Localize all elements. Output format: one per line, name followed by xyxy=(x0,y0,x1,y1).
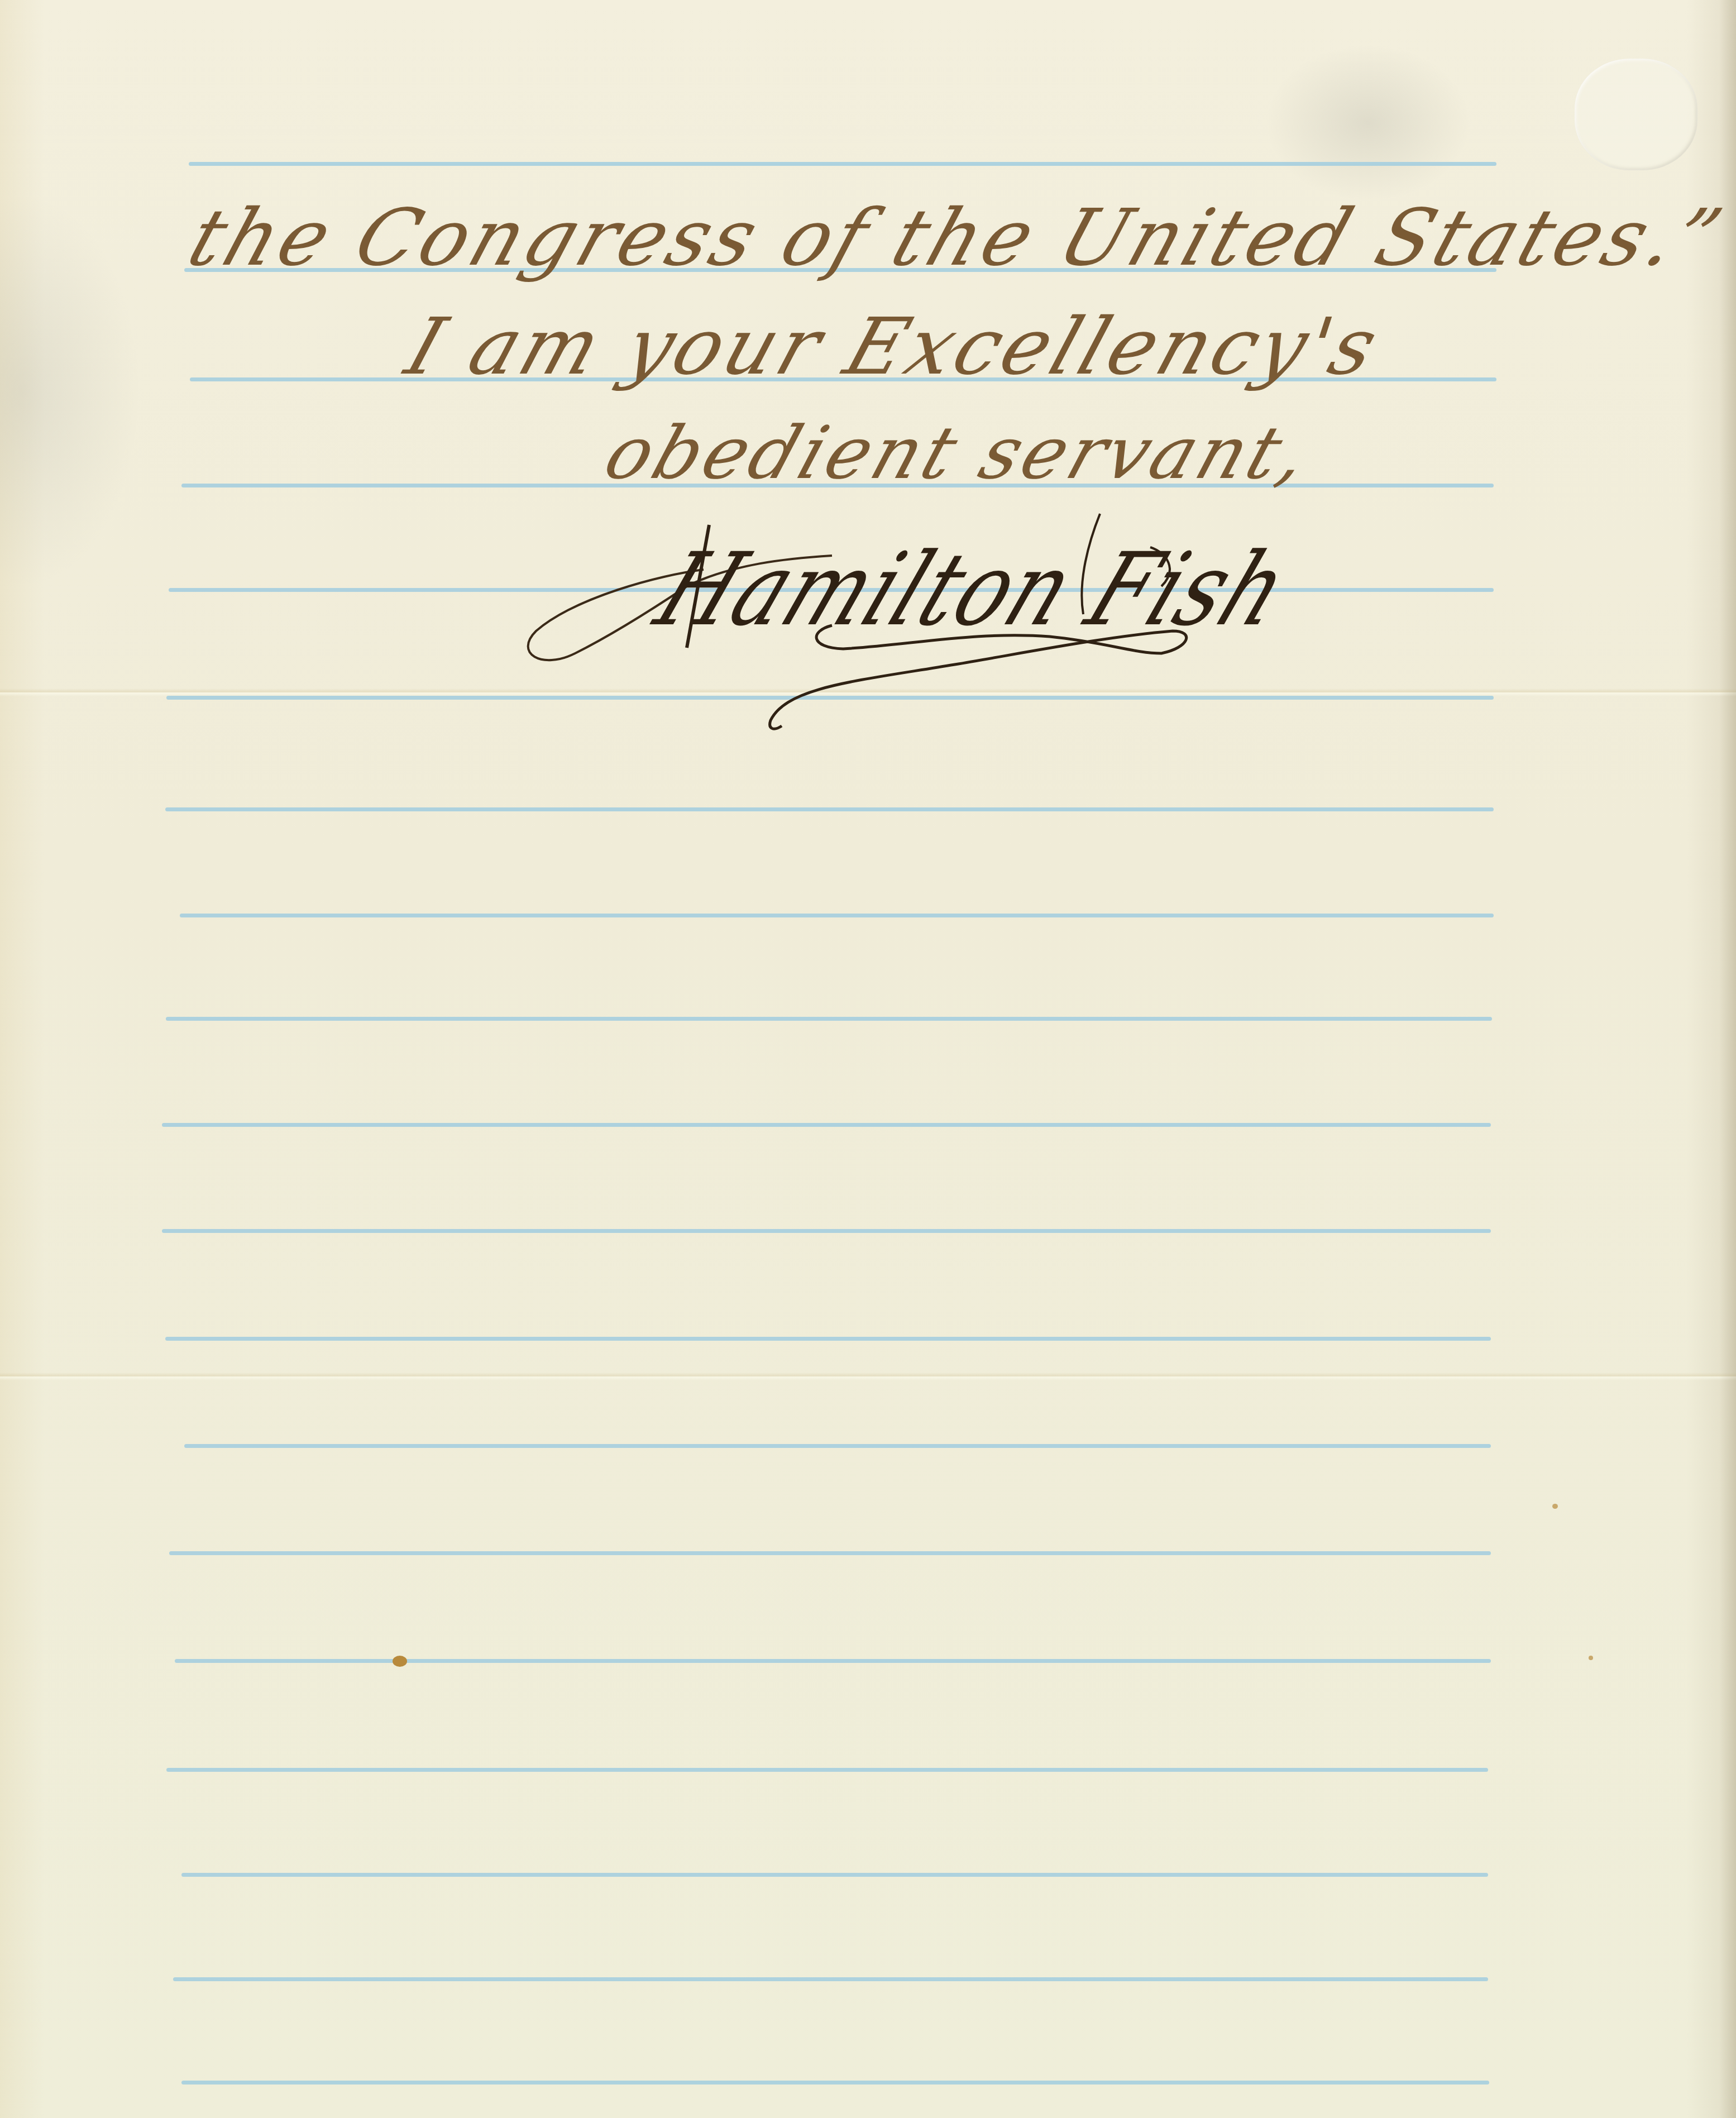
ruled-line xyxy=(189,162,1496,166)
signature-text: Hamilton Fish xyxy=(641,532,1305,649)
embossed-seal-icon xyxy=(1575,59,1697,170)
ruled-line xyxy=(169,1551,1491,1555)
page-edge-shadow xyxy=(1719,0,1736,2118)
ruled-line xyxy=(162,1123,1491,1127)
handwritten-text: the Congress of the United States. xyxy=(178,193,1692,284)
ink-stain xyxy=(393,1656,407,1667)
ruled-line xyxy=(162,1229,1491,1233)
ruled-line xyxy=(181,1873,1488,1877)
ruled-line xyxy=(181,2081,1489,2084)
ink-stain xyxy=(1552,1504,1558,1509)
ink-stain xyxy=(1589,1656,1593,1660)
handwritten-line-2: I am your Excellency's xyxy=(396,302,1391,393)
letter-page: the Congress of the United States.” I am… xyxy=(0,0,1736,2118)
ruled-line xyxy=(166,1017,1492,1021)
handwritten-line-3: obedient servant, xyxy=(595,410,1322,495)
ruled-line xyxy=(173,1977,1488,1981)
handwritten-line-1: the Congress of the United States.” xyxy=(178,193,1735,284)
horizontal-fold xyxy=(0,1373,1736,1380)
ruled-line xyxy=(165,807,1494,811)
ruled-line xyxy=(175,1659,1491,1663)
ruled-line xyxy=(165,1337,1491,1341)
ruled-line xyxy=(180,914,1494,917)
ruled-line xyxy=(184,1444,1491,1448)
ruled-line xyxy=(166,1768,1488,1772)
signature: Hamilton Fish xyxy=(519,503,1273,737)
